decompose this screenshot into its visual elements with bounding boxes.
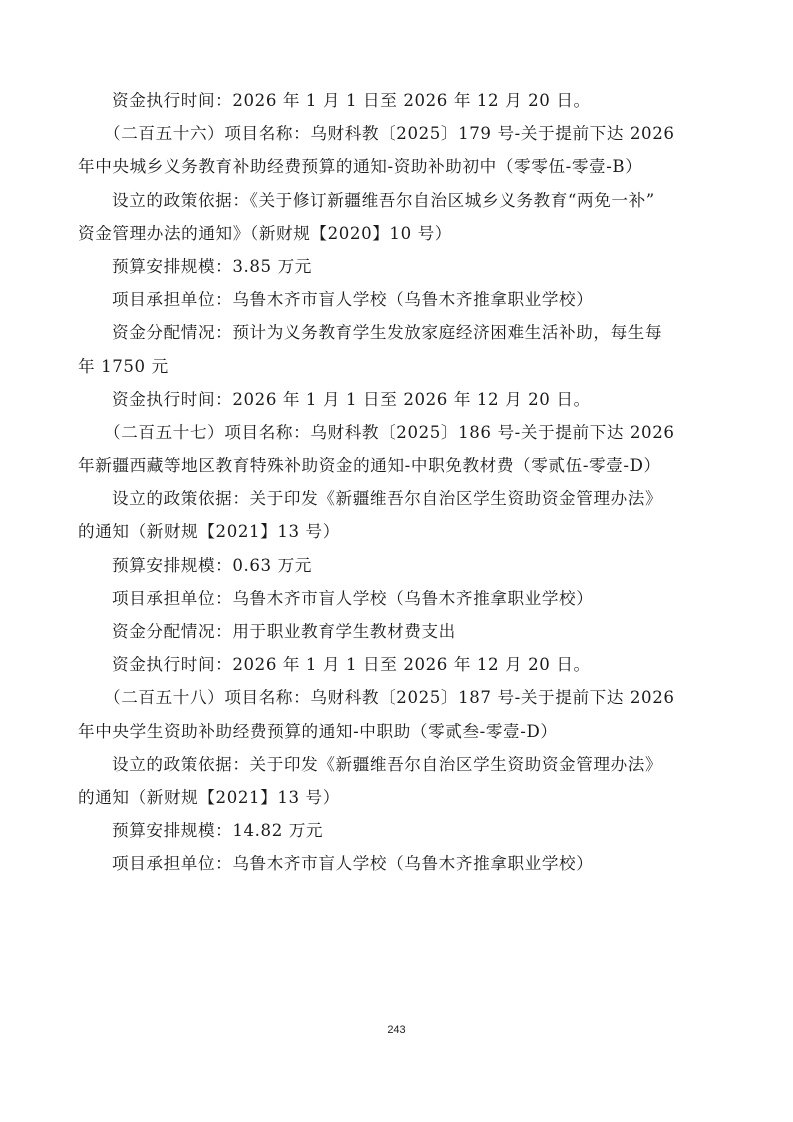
project-256-execution-time: 资金执行时间：2026 年 1 月 1 日至 2026 年 12 月 20 日。 [78, 383, 710, 416]
project-257-budget: 预算安排规模：0.63 万元 [78, 549, 710, 582]
project-258-title-continuation: 年中央学生资助补助经费预算的通知-中职助（零贰叁-零壹-D） [78, 715, 710, 748]
document-body: 资金执行时间：2026 年 1 月 1 日至 2026 年 12 月 20 日。… [78, 84, 710, 881]
project-257-undertaking-unit: 项目承担单位：乌鲁木齐市盲人学校（乌鲁木齐推拿职业学校） [78, 582, 710, 615]
project-258-budget: 预算安排规模：14.82 万元 [78, 814, 710, 847]
project-257-title-line: （二百五十七）项目名称：乌财科教〔2025〕186 号-关于提前下达 2026 [78, 416, 710, 449]
project-258-policy-basis-continuation: 的通知（新财规【2021】13 号） [78, 781, 710, 814]
project-258-undertaking-unit: 项目承担单位：乌鲁木齐市盲人学校（乌鲁木齐推拿职业学校） [78, 847, 710, 880]
project-257-policy-basis-continuation: 的通知（新财规【2021】13 号） [78, 515, 710, 548]
project-257-title-continuation: 年新疆西藏等地区教育特殊补助资金的通知-中职免教材费（零贰伍-零壹-D） [78, 449, 710, 482]
project-256-policy-basis: 设立的政策依据：《关于修订新疆维吾尔自治区城乡义务教育“两免一补” [78, 184, 710, 217]
project-257-policy-basis: 设立的政策依据：关于印发《新疆维吾尔自治区学生资助资金管理办法》 [78, 482, 710, 515]
project-256-title-line: （二百五十六）项目名称：乌财科教〔2025〕179 号-关于提前下达 2026 [78, 117, 710, 150]
project-256-title-continuation: 年中央城乡义务教育补助经费预算的通知-资助补助初中（零零伍-零壹-B） [78, 150, 710, 183]
project-256-budget: 预算安排规模：3.85 万元 [78, 250, 710, 283]
project-257-execution-time: 资金执行时间：2026 年 1 月 1 日至 2026 年 12 月 20 日。 [78, 648, 710, 681]
project-256-fund-allocation-continuation: 年 1750 元 [78, 350, 710, 383]
project-256-policy-basis-continuation: 资金管理办法的通知》（新财规【2020】10 号） [78, 217, 710, 250]
project-258-policy-basis: 设立的政策依据：关于印发《新疆维吾尔自治区学生资助资金管理办法》 [78, 748, 710, 781]
page-number: 243 [0, 1024, 793, 1036]
project-258-title-line: （二百五十八）项目名称：乌财科教〔2025〕187 号-关于提前下达 2026 [78, 681, 710, 714]
project-257-fund-allocation: 资金分配情况：用于职业教育学生教材费支出 [78, 615, 710, 648]
project-256-fund-allocation: 资金分配情况：预计为义务教育学生发放家庭经济困难生活补助，每生每 [78, 316, 710, 349]
execution-time-line: 资金执行时间：2026 年 1 月 1 日至 2026 年 12 月 20 日。 [78, 84, 710, 117]
project-256-undertaking-unit: 项目承担单位：乌鲁木齐市盲人学校（乌鲁木齐推拿职业学校） [78, 283, 710, 316]
